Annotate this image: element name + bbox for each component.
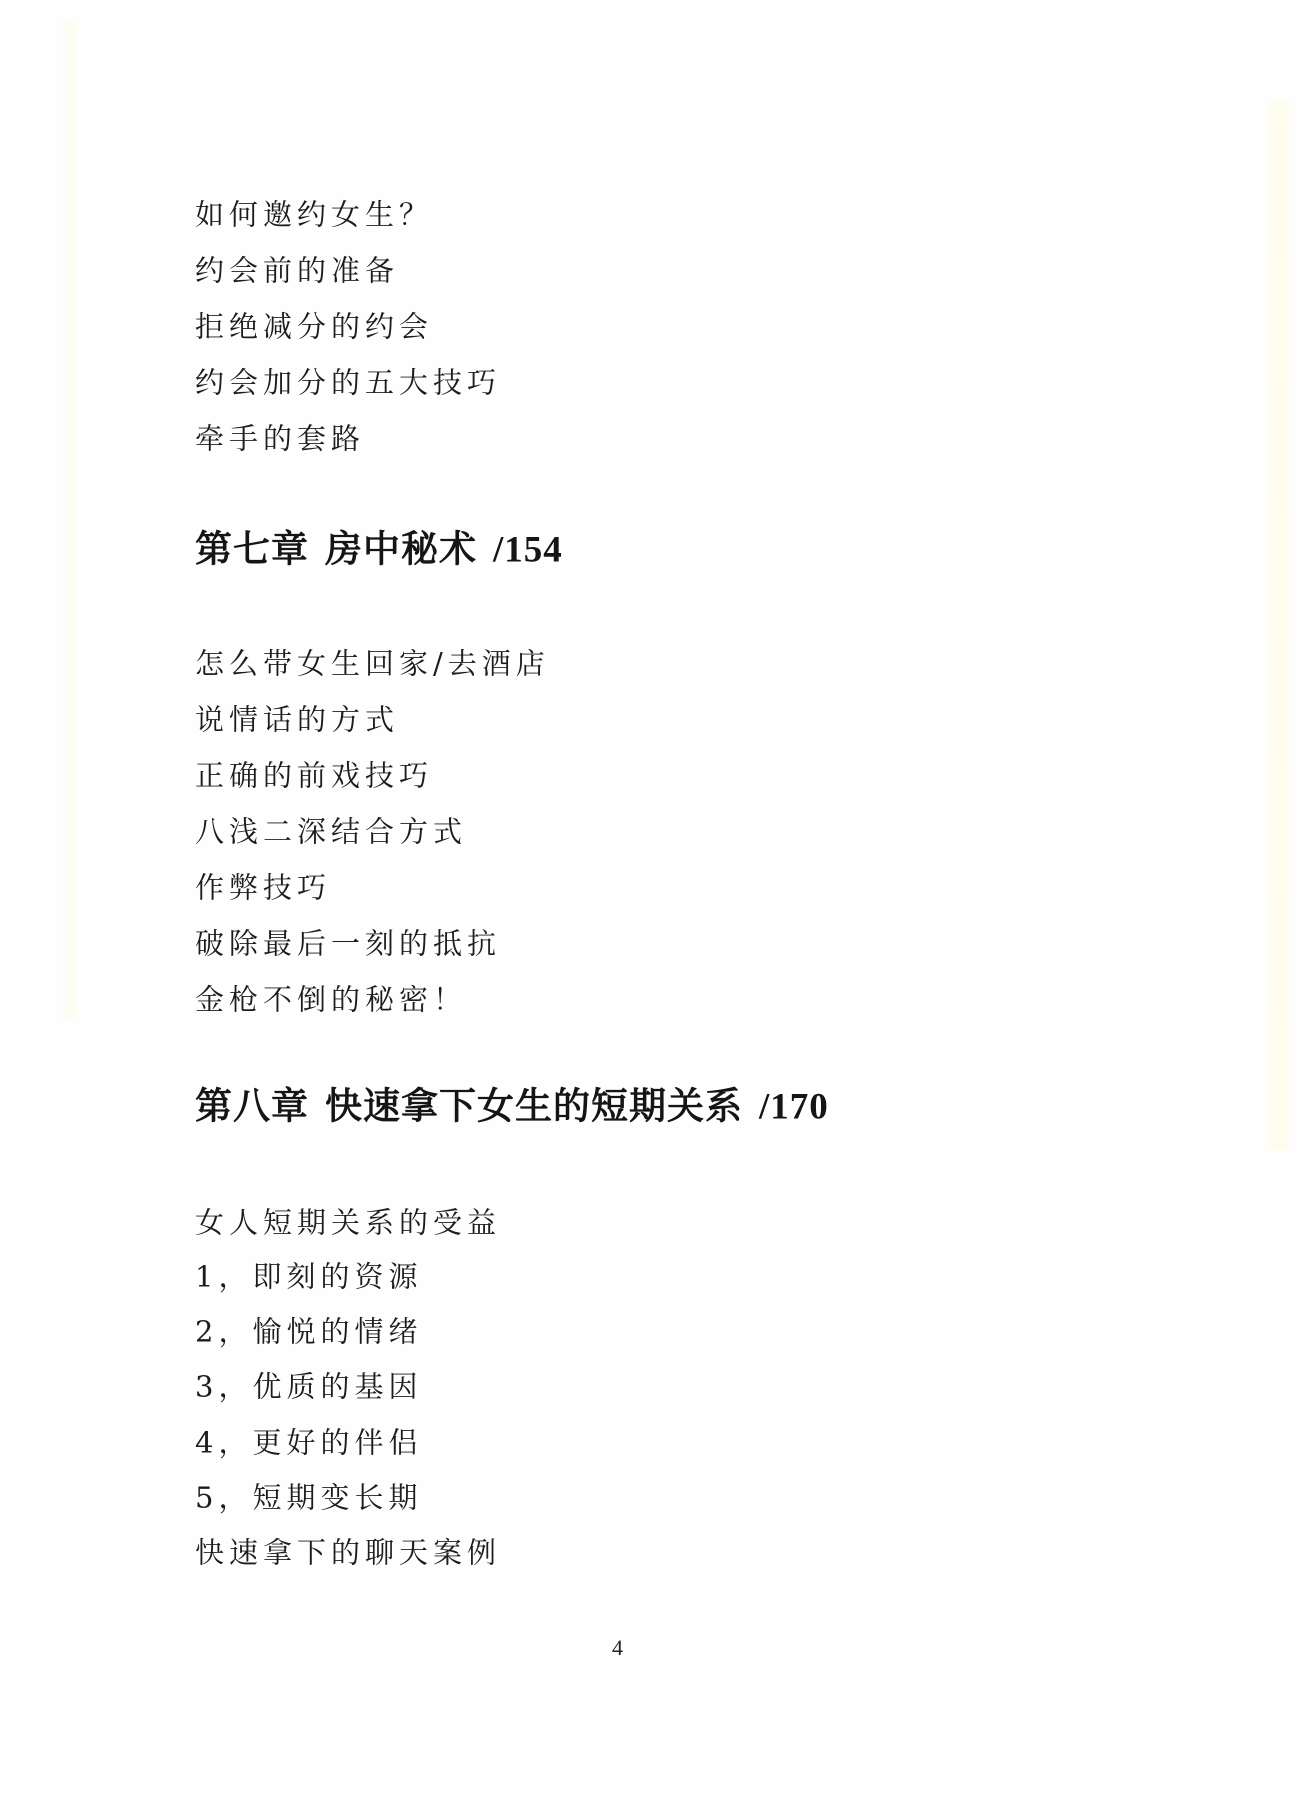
toc-item: 正确的前戏技巧	[195, 762, 433, 791]
toc-item: 约会加分的五大技巧	[195, 369, 501, 398]
toc-item: 如何邀约女生？	[195, 201, 433, 230]
document-page: 如何邀约女生？ 约会前的准备 拒绝减分的约会 约会加分的五大技巧 牵手的套路 第…	[0, 0, 1307, 1803]
chapter-page-ref: /170	[759, 1087, 829, 1128]
toc-item: 女人短期关系的受益	[195, 1209, 501, 1238]
toc-item: 破除最后一刻的抵抗	[195, 930, 501, 959]
chapter-number: 第七章	[195, 530, 309, 571]
toc-item: 1，即刻的资源	[195, 1263, 422, 1292]
toc-item: 金枪不倒的秘密！	[195, 986, 467, 1015]
toc-item: 4，更好的伴侣	[195, 1429, 422, 1458]
toc-item: 拒绝减分的约会	[195, 313, 433, 342]
toc-item: 5，短期变长期	[195, 1484, 422, 1513]
page-number: 4	[612, 1635, 623, 1661]
toc-item: 作弊技巧	[195, 874, 331, 903]
chapter-title: 快速拿下女生的短期关系	[325, 1087, 743, 1128]
chapter-heading: 第七章房中秘术/154	[195, 532, 563, 569]
toc-item: 约会前的准备	[195, 257, 399, 286]
chapter-heading: 第八章快速拿下女生的短期关系/170	[195, 1089, 829, 1126]
chapter-title: 房中秘术	[325, 530, 477, 571]
toc-item: 怎么带女生回家/去酒店	[195, 650, 550, 679]
toc-item: 2，愉悦的情绪	[195, 1318, 422, 1347]
scan-edge-artifact-right	[1262, 100, 1292, 1150]
toc-item: 说情话的方式	[195, 706, 399, 735]
toc-item: 快速拿下的聊天案例	[195, 1539, 501, 1568]
toc-item: 八浅二深结合方式	[195, 818, 467, 847]
chapter-number: 第八章	[195, 1087, 309, 1128]
toc-item: 3，优质的基因	[195, 1373, 422, 1402]
scan-edge-artifact-left	[60, 20, 80, 1020]
chapter-page-ref: /154	[493, 530, 563, 571]
toc-item: 牵手的套路	[195, 425, 365, 454]
